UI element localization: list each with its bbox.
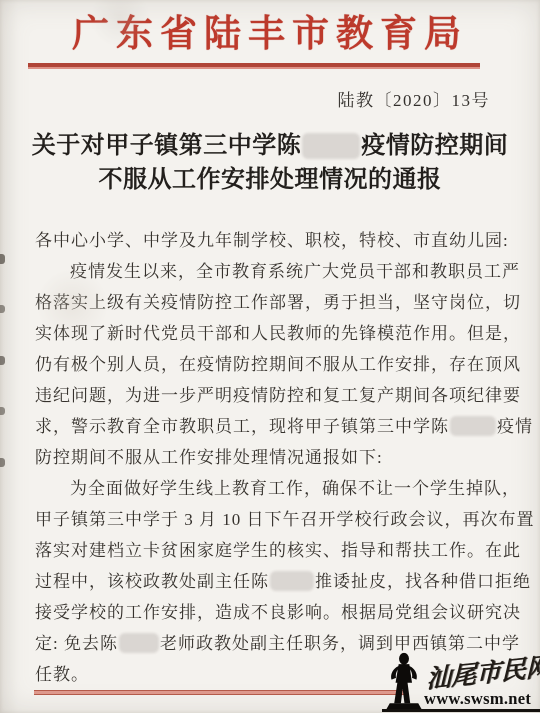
body-line: 疫情发生以来，全市教育系统广大党员干部和教职员工严 (35, 256, 515, 287)
body-line: 仍有极个别人员，在疫情防控期间不服从工作安排，存在顶风 (35, 349, 515, 380)
body-text: 违纪问题，为进一步严明疫情防控和复工复产期间各项纪律要 (35, 386, 521, 405)
body-text: 推诿扯皮，找各种借口拒绝 (315, 572, 531, 591)
body-line: 违纪问题，为进一步严明疫情防控和复工复产期间各项纪律要 (35, 380, 515, 411)
body-text: 实体现了新时代党员干部和人民教师的先锋模范作用。但是， (35, 324, 521, 343)
title-redaction-blur (302, 133, 360, 159)
title-line-1: 关于对甲子镇第三中学陈疫情防控期间 (0, 129, 540, 163)
body-line: 实体现了新时代党员干部和人民教师的先锋模范作用。但是， (35, 318, 515, 349)
document-number: 陆教〔2020〕13号 (338, 86, 491, 111)
body-text: 定: 免去陈 (35, 634, 118, 653)
watermark-site-url: www.swsm.net (424, 689, 531, 709)
body-text: 疫情 (497, 417, 533, 436)
body-text: 落实对建档立卡贫困家庭学生的核实、指导和帮扶工作。在此 (35, 541, 521, 560)
document-title: 关于对甲子镇第三中学陈疫情防控期间 不服从工作安排处理情况的通报 (0, 129, 540, 197)
title-text: 关于对甲子镇第三中学陈 (32, 133, 302, 159)
scan-edge-mark (0, 356, 5, 365)
scan-edge-mark (0, 458, 5, 467)
agency-letterhead: 广东省陆丰市教育局 (0, 3, 540, 57)
site-watermark: 汕尾市民网 www.swsm.net (352, 645, 538, 713)
body-line: 各中心小学、中学及九年制学校、职校，特校、市直幼儿园: (35, 225, 515, 256)
body-line: 甲子镇第三中学于 3 月 10 日下午召开学校行政会议，再次布置 (35, 504, 515, 535)
scan-edge-mark (0, 407, 5, 415)
redaction-blur (119, 633, 159, 653)
body-text: 甲子镇第三中学于 3 月 10 日下午召开学校行政会议，再次布置 (35, 510, 535, 529)
body-text: 求，警示教育全市教职员工，现将甲子镇第三中学陈 (35, 417, 449, 436)
title-line-2: 不服从工作安排处理情况的通报 (0, 163, 540, 197)
document-body: 各中心小学、中学及九年制学校、职校，特校、市直幼儿园:疫情发生以来，全市教育系统… (35, 225, 515, 690)
scan-edge-mark (0, 254, 5, 264)
body-text: 任教。 (35, 665, 89, 684)
footer-divider-rule (34, 690, 404, 695)
body-line: 为全面做好学生线上教育工作，确保不让一个学生掉队， (35, 473, 515, 504)
letterhead-divider-rule (28, 63, 480, 69)
body-line: 接受学校的工作安排，造成不良影响。根据局党组会议研究决 (35, 597, 515, 628)
body-line: 过程中，该校政教处副主任陈推诿扯皮，找各种借口拒绝 (35, 566, 515, 597)
body-text: 格落实上级有关疫情防控工作部署，勇于担当，坚守岗位，切 (35, 293, 521, 312)
body-text: 接受学校的工作安排，造成不良影响。根据局党组会议研究决 (35, 603, 521, 622)
body-line: 防控期间不服从工作安排处理情况通报如下: (35, 442, 515, 473)
person-silhouette-icon (380, 649, 428, 713)
body-text: 各中心小学、中学及九年制学校、职校，特校、市直幼儿园: (35, 231, 509, 250)
redaction-blur (270, 571, 314, 591)
body-text: 仍有极个别人员，在疫情防控期间不服从工作安排，存在顶风 (35, 355, 521, 374)
body-line: 格落实上级有关疫情防控工作部署，勇于担当，坚守岗位，切 (35, 287, 515, 318)
body-text: 为全面做好学生线上教育工作，确保不让一个学生掉队， (70, 479, 520, 498)
body-text: 防控期间不服从工作安排处理情况通报如下: (35, 448, 383, 467)
scan-edge-mark (0, 305, 5, 313)
title-text: 疫情防控期间 (361, 133, 508, 159)
body-text: 疫情发生以来，全市教育系统广大党员干部和教职员工严 (70, 262, 520, 281)
body-line: 落实对建档立卡贫困家庭学生的核实、指导和帮扶工作。在此 (35, 535, 515, 566)
watermark-underline (382, 709, 540, 712)
body-line: 求，警示教育全市教职员工，现将甲子镇第三中学陈疫情 (35, 411, 515, 442)
body-text: 过程中，该校政教处副主任陈 (35, 572, 269, 591)
redaction-blur (450, 416, 496, 436)
